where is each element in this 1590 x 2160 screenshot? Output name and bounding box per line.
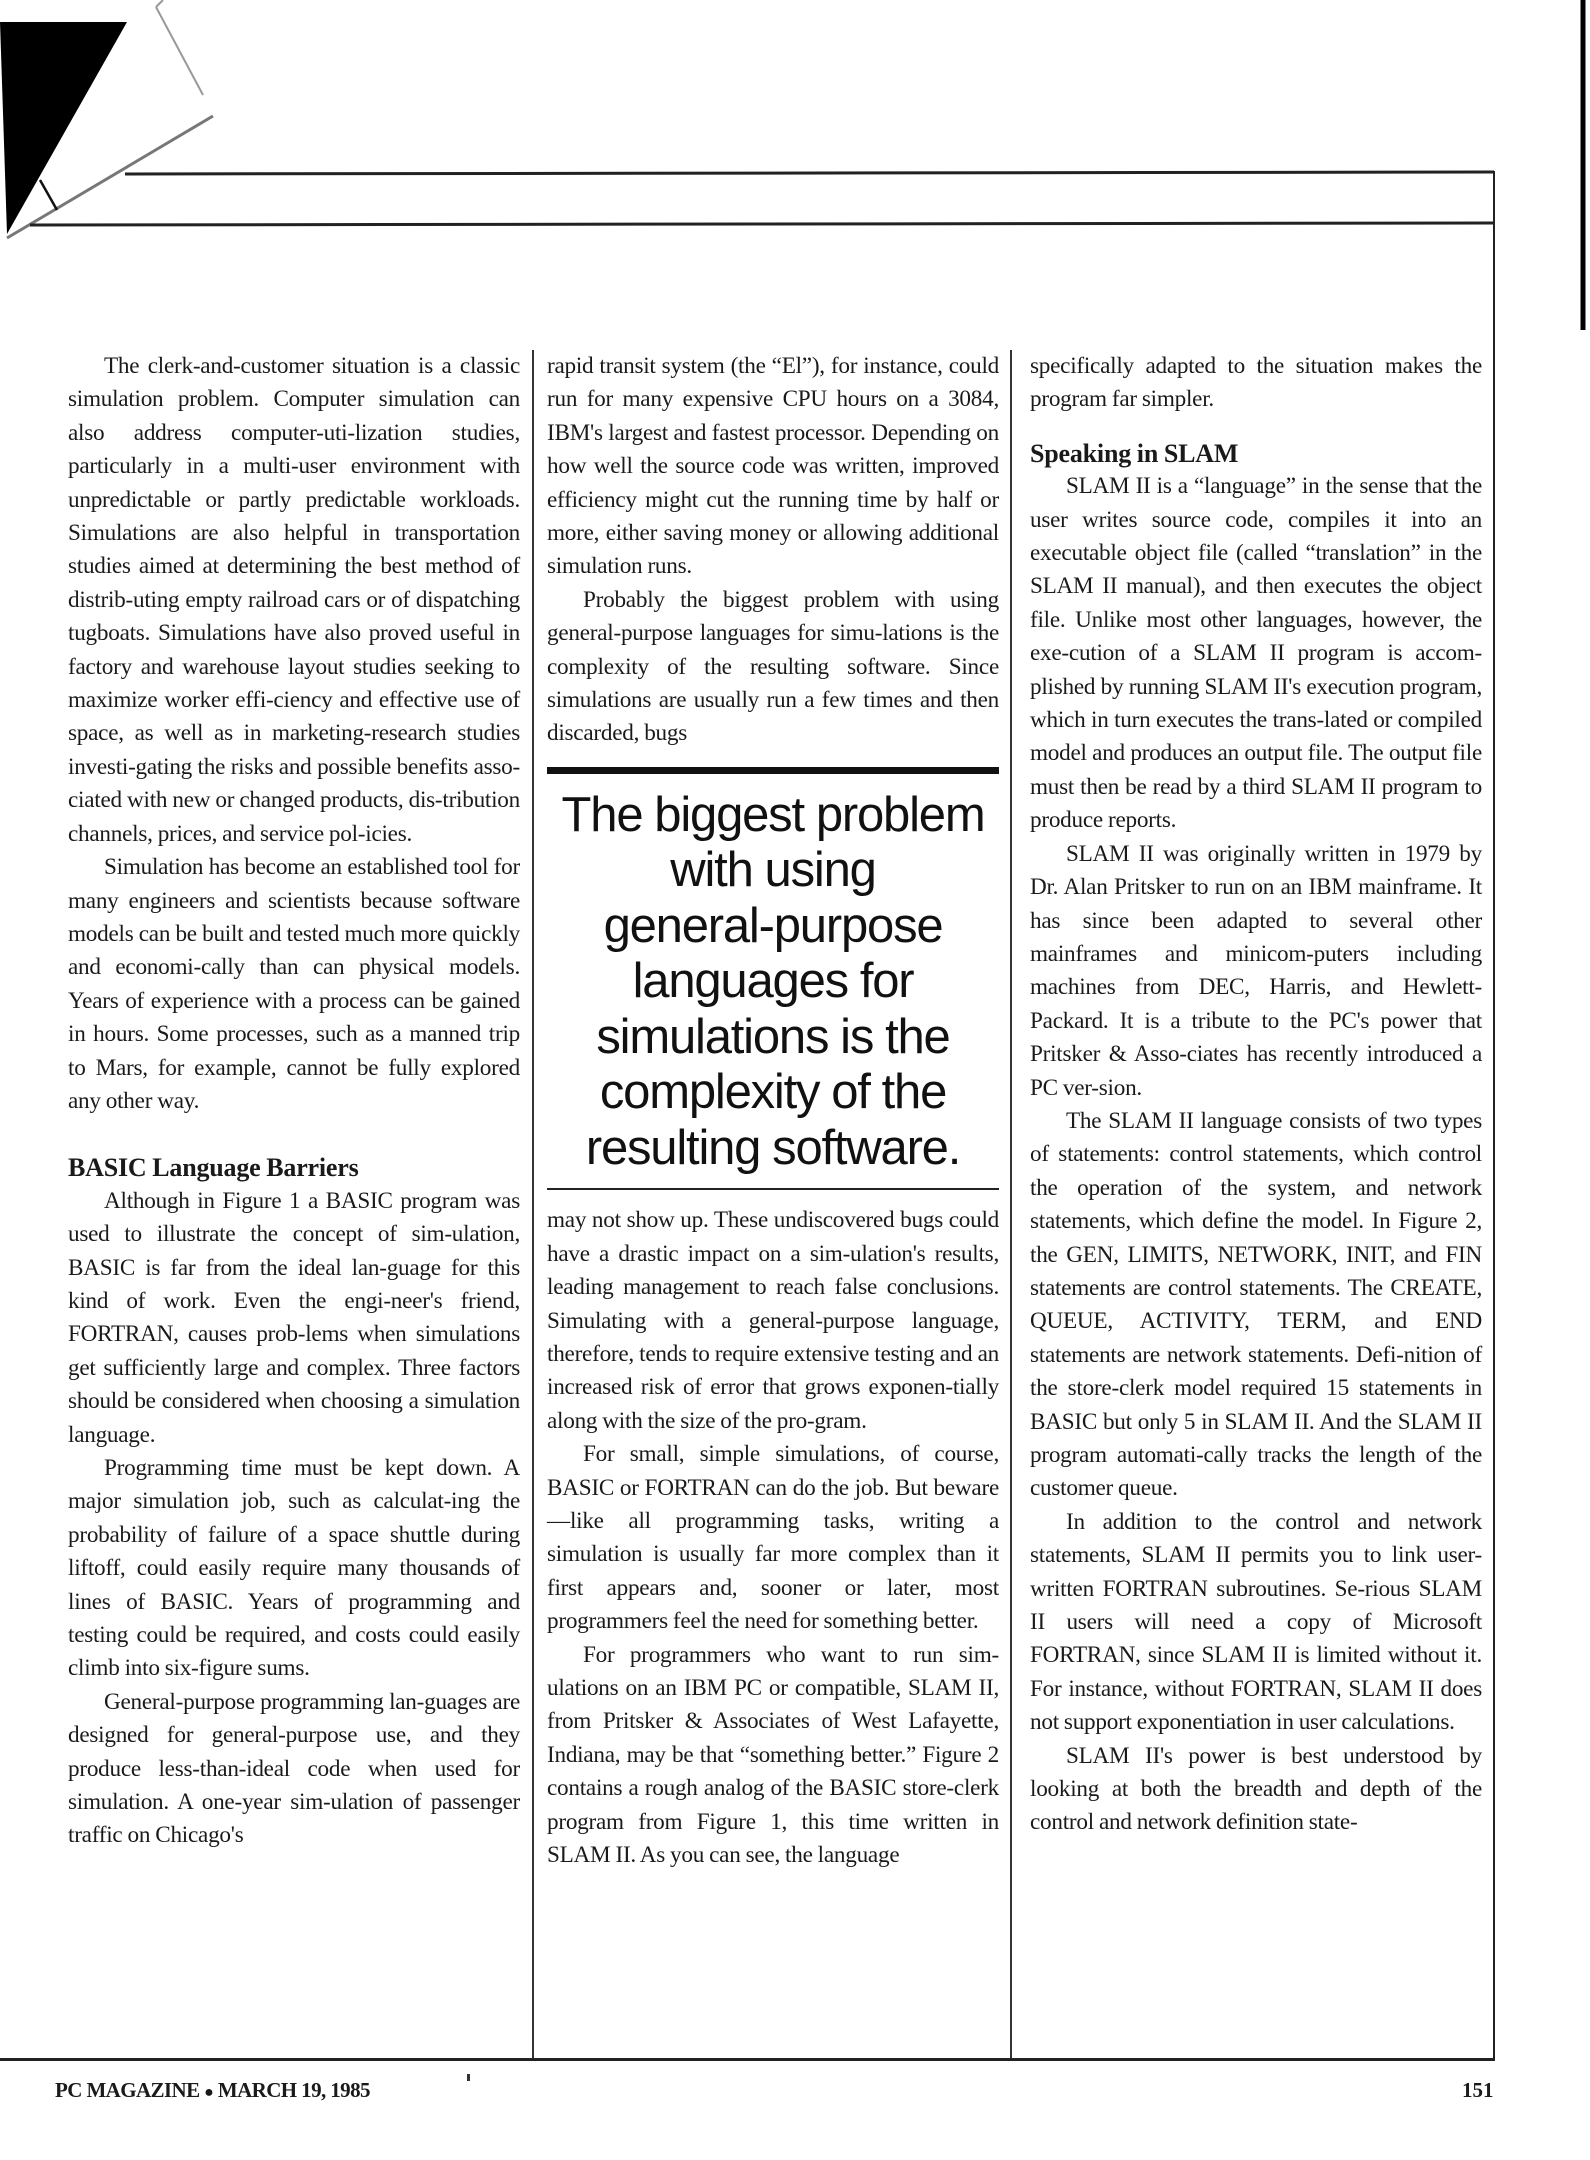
paragraph: Programming time must be kept down. A ma… — [68, 1452, 520, 1686]
pull-quote-top-rule — [547, 767, 999, 774]
section-heading-speaking-in-slam: Speaking in SLAM — [1030, 437, 1482, 470]
frame-bottom-rule — [0, 2058, 1495, 2061]
paragraph: Probably the biggest problem with using … — [547, 584, 999, 751]
paragraph: SLAM II is a “language” in the sense tha… — [1030, 470, 1482, 837]
paragraph: specifically adapted to the situation ma… — [1030, 350, 1482, 417]
paragraph: Simulation has become an established too… — [68, 851, 520, 1118]
paragraph: In addition to the control and network s… — [1030, 1506, 1482, 1740]
bullet-separator: ● — [204, 2084, 213, 2101]
paragraph: SLAM II's power is best understood by lo… — [1030, 1740, 1482, 1840]
paragraph: may not show up. These undiscovered bugs… — [547, 1204, 999, 1438]
folded-corner-graphic-icon — [0, 0, 1590, 360]
page-number: 151 — [1462, 2078, 1494, 2103]
stray-mark — [467, 2074, 470, 2081]
article-column-3: specifically adapted to the situation ma… — [1030, 350, 1482, 1840]
paragraph: The SLAM II language consists of two typ… — [1030, 1105, 1482, 1506]
pull-quote-text: The biggest problem with using general-p… — [547, 788, 999, 1177]
issue-date: MARCH 19, 1985 — [218, 2078, 370, 2102]
section-heading-basic-language-barriers: BASIC Language Barriers — [68, 1151, 520, 1184]
frame-right-border — [1493, 171, 1495, 2061]
article-column-1: The clerk-and-customer situation is a cl… — [68, 350, 520, 1853]
paragraph: General-purpose programming lan-guages a… — [68, 1686, 520, 1853]
article-column-2: rapid transit system (the “El”), for ins… — [547, 350, 999, 1873]
column-divider-2 — [1010, 350, 1012, 2058]
paragraph: For programmers who want to run sim-ulat… — [547, 1639, 999, 1873]
paragraph: For small, simple simulations, of course… — [547, 1438, 999, 1638]
footer-publication-line: PC MAGAZINE ● MARCH 19, 1985 — [55, 2078, 370, 2103]
column-divider-1 — [532, 350, 534, 2058]
paragraph: SLAM II was originally written in 1979 b… — [1030, 838, 1482, 1105]
paragraph: Although in Figure 1 a BASIC program was… — [68, 1185, 520, 1452]
paragraph: The clerk-and-customer situation is a cl… — [68, 350, 520, 851]
pull-quote: The biggest problem with using general-p… — [547, 767, 999, 1191]
pull-quote-bottom-rule — [547, 1188, 999, 1190]
paragraph: rapid transit system (the “El”), for ins… — [547, 350, 999, 584]
publication-name: PC MAGAZINE — [55, 2078, 199, 2102]
